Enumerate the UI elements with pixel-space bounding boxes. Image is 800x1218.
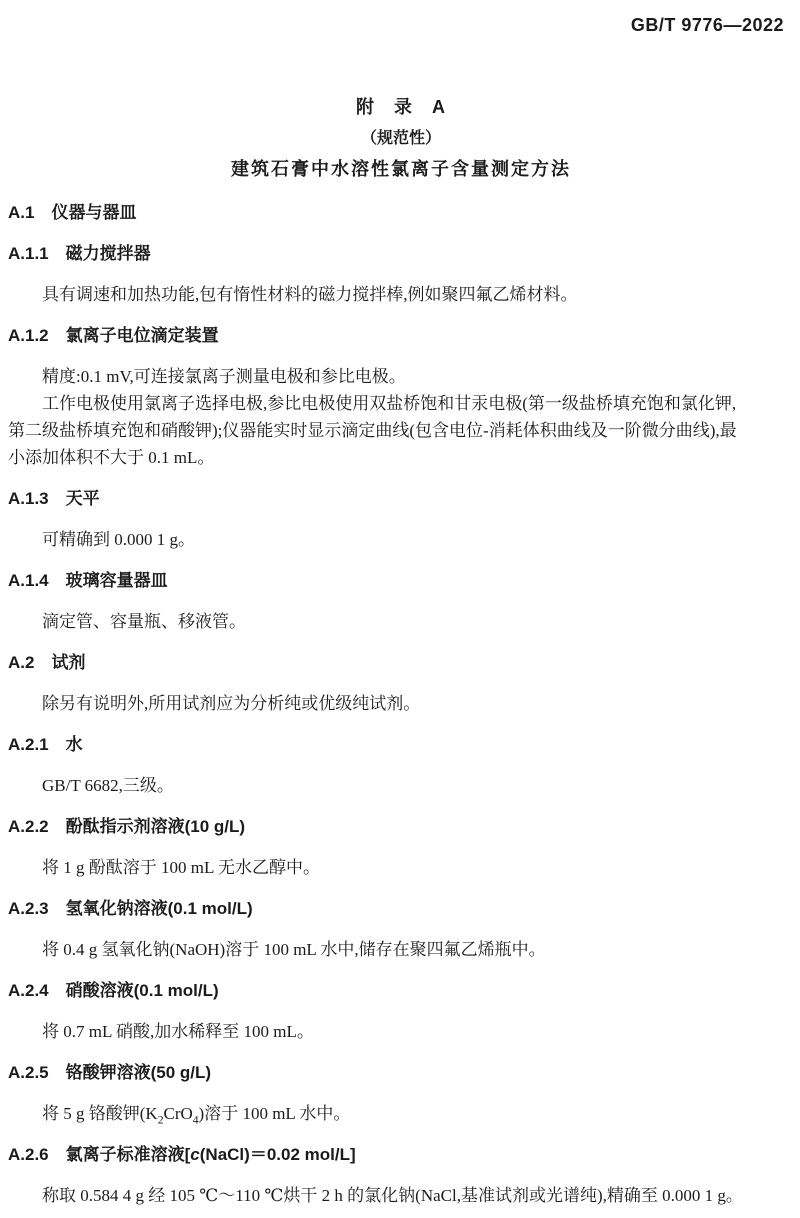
text-segment: A.2.6 氯离子标准溶液[ [8, 1145, 190, 1164]
section-heading: A.2.1 水 [8, 731, 794, 758]
paragraph: GB/T 6682,三级。 [8, 772, 794, 799]
paragraph: 将 1 g 酚酞溶于 100 mL 无水乙醇中。 [8, 854, 794, 881]
section-heading: A.1.4 玻璃容量器皿 [8, 567, 794, 594]
section-heading: A.1.3 天平 [8, 485, 794, 512]
paragraph: 将 0.7 mL 硝酸,加水稀释至 100 mL。 [8, 1018, 794, 1045]
paragraph: 可精确到 0.000 1 g。 [8, 526, 794, 553]
paragraph: 将 5 g 铬酸钾(K2CrO4)溶于 100 mL 水中。 [8, 1100, 794, 1127]
section-heading: A.2.6 氯离子标准溶液[c(NaCl)＝0.02 mol/L] [8, 1141, 794, 1168]
paragraph: 称取 0.584 4 g 经 105 ℃～110 ℃烘干 2 h 的氯化钠(Na… [8, 1182, 794, 1209]
paragraph: 具有调速和加热功能,包有惰性材料的磁力搅拌棒,例如聚四氟乙烯材料。 [8, 281, 794, 308]
document-body: A.1 仪器与器皿A.1.1 磁力搅拌器具有调速和加热功能,包有惰性材料的磁力搅… [8, 199, 794, 1209]
paragraph: 除另有说明外,所用试剂应为分析纯或优级纯试剂。 [8, 690, 794, 717]
section-heading: A.1 仪器与器皿 [8, 199, 794, 226]
paragraph: 工作电极使用氯离子选择电极,参比电极使用双盐桥饱和甘汞电极(第一级盐桥填充饱和氯… [8, 390, 794, 471]
text-segment: )溶于 100 mL 水中。 [199, 1104, 351, 1123]
paragraph: 将 0.4 g 氢氧化钠(NaOH)溶于 100 mL 水中,储存在聚四氟乙烯瓶… [8, 936, 794, 963]
document-page: GB/T 9776—2022 附 录 A （规范性） 建筑石膏中水溶性氯离子含量… [0, 0, 800, 1218]
standard-number: GB/T 9776—2022 [8, 12, 794, 38]
section-heading: A.2.2 酚酞指示剂溶液(10 g/L) [8, 813, 794, 840]
section-heading: A.2.5 铬酸钾溶液(50 g/L) [8, 1059, 794, 1086]
text-segment: 将 5 g 铬酸钾(K [42, 1104, 158, 1123]
paragraph: 滴定管、容量瓶、移液管。 [8, 608, 794, 635]
section-heading: A.2 试剂 [8, 649, 794, 676]
paragraph: 精度:0.1 mV,可连接氯离子测量电极和参比电极。 [8, 363, 794, 390]
appendix-title-block: 附 录 A （规范性） 建筑石膏中水溶性氯离子含量测定方法 [8, 92, 794, 185]
section-heading: A.2.4 硝酸溶液(0.1 mol/L) [8, 977, 794, 1004]
text-segment: CrO [163, 1104, 192, 1123]
section-heading: A.2.3 氢氧化钠溶液(0.1 mol/L) [8, 895, 794, 922]
appendix-title: 附 录 A [8, 92, 794, 123]
text-segment: c [190, 1145, 199, 1164]
appendix-name: 建筑石膏中水溶性氯离子含量测定方法 [8, 154, 794, 185]
section-heading: A.1.2 氯离子电位滴定装置 [8, 322, 794, 349]
appendix-normative-label: （规范性） [8, 123, 794, 154]
section-heading: A.1.1 磁力搅拌器 [8, 240, 794, 267]
text-segment: (NaCl)＝0.02 mol/L] [200, 1145, 356, 1164]
